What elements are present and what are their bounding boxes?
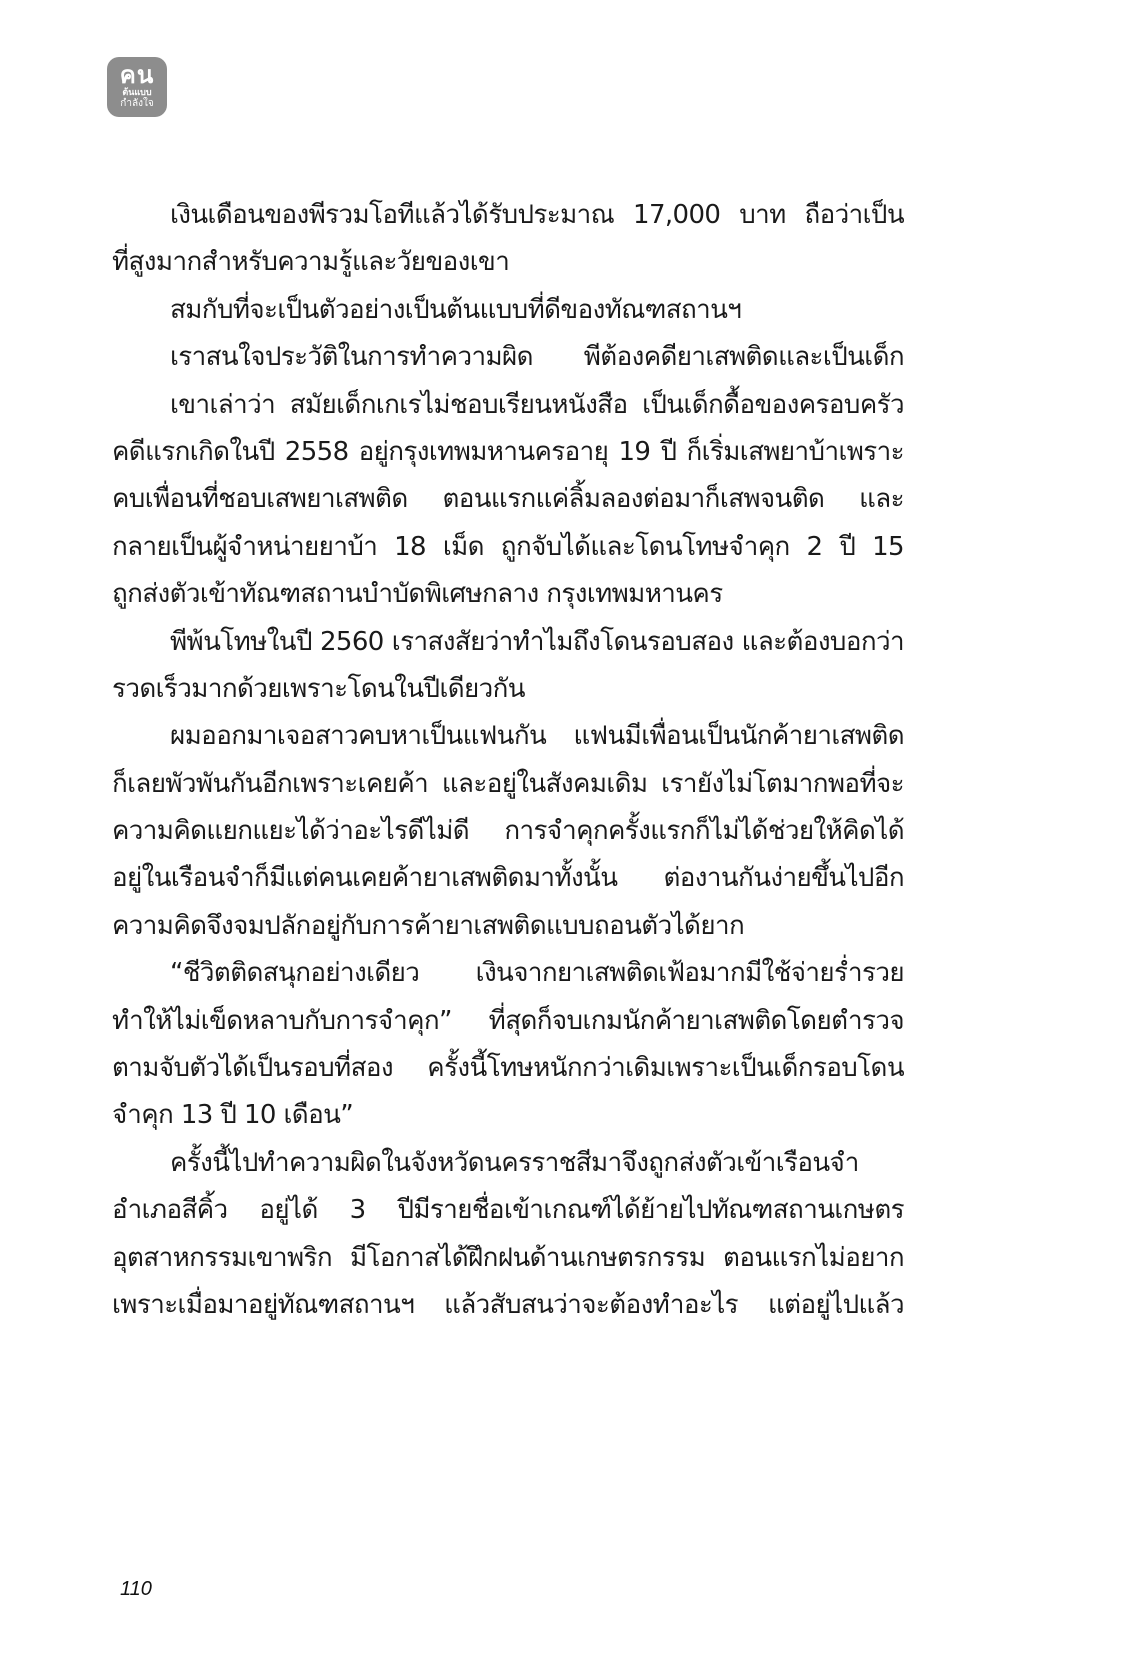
text-line: เพราะเมื่อมาอยู่ทัณฑสถานฯ แล้วสับสนว่าจะ… bbox=[112, 1282, 904, 1329]
text-line: สมกับที่จะเป็นตัวอย่างเป็นต้นแบบที่ดีของ… bbox=[112, 287, 904, 334]
logo-title: คน bbox=[107, 63, 167, 87]
text-line: อยู่ในเรือนจำก็มีแต่คนเคยค้ายาเสพติดมาทั… bbox=[112, 855, 904, 902]
text-line: ทำให้ไม่เข็ดหลาบกับการจำคุก” ที่สุดก็จบเ… bbox=[112, 998, 904, 1045]
text-line: เงินเดือนของพีรวมโอทีแล้วได้รับประมาณ 17… bbox=[112, 192, 904, 239]
text-line: อำเภอสีคิ้ว อยู่ได้ 3 ปีมีรายชื่อเข้าเกณ… bbox=[112, 1187, 904, 1234]
page-body-text: เงินเดือนของพีรวมโอทีแล้วได้รับประมาณ 17… bbox=[112, 192, 904, 1329]
text-line: ที่สูงมากสำหรับความรู้และวัยของเขา bbox=[112, 239, 904, 286]
text-line: ความคิดจึงจมปลักอยู่กับการค้ายาเสพติดแบบ… bbox=[112, 903, 904, 950]
page-number: 110 bbox=[120, 1578, 152, 1601]
text-line: ผมออกมาเจอสาวคบหาเป็นแฟนกัน แฟนมีเพื่อนเ… bbox=[112, 713, 904, 760]
text-line: ก็เลยพัวพันกันอีกเพราะเคยค้า และอยู่ในสั… bbox=[112, 761, 904, 808]
text-line: อุตสาหกรรมเขาพริก มีโอกาสได้ฝึกฝนด้านเกษ… bbox=[112, 1235, 904, 1282]
text-line: พีพ้นโทษในปี 2560 เราสงสัยว่าทำไมถึงโดนร… bbox=[112, 619, 904, 666]
text-line: คดีแรกเกิดในปี 2558 อยู่กรุงเทพมหานครอาย… bbox=[112, 429, 904, 476]
text-line: จำคุก 13 ปี 10 เดือน” bbox=[112, 1092, 904, 1139]
text-line: “ชีวิตติดสนุกอย่างเดียว เงินจากยาเสพติดเ… bbox=[112, 950, 904, 997]
text-line: เราสนใจประวัติในการทำความผิด พีต้องคดียา… bbox=[112, 334, 904, 381]
text-line: รวดเร็วมากด้วยเพราะโดนในปีเดียวกัน bbox=[112, 666, 904, 713]
text-line: ครั้งนี้ไปทำความผิดในจังหวัดนครราชสีมาจึ… bbox=[112, 1140, 904, 1187]
text-line: คบเพื่อนที่ชอบเสพยาเสพติด ตอนแรกแค่ลิ้มล… bbox=[112, 476, 904, 523]
logo-subtitle-2: กำลังใจ bbox=[107, 99, 167, 109]
logo-subtitle-1: ต้นแบบ bbox=[107, 89, 167, 98]
text-line: กลายเป็นผู้จำหน่ายยาบ้า 18 เม็ด ถูกจับได… bbox=[112, 524, 904, 571]
book-logo-badge: คน ต้นแบบ กำลังใจ bbox=[107, 57, 167, 117]
text-line: เขาเล่าว่า สมัยเด็กเกเรไม่ชอบเรียนหนังสื… bbox=[112, 382, 904, 429]
text-line: ตามจับตัวได้เป็นรอบที่สอง ครั้งนี้โทษหนั… bbox=[112, 1045, 904, 1092]
text-line: ความคิดแยกแยะได้ว่าอะไรดีไม่ดี การจำคุกค… bbox=[112, 808, 904, 855]
text-line: ถูกส่งตัวเข้าทัณฑสถานบำบัดพิเศษกลาง กรุง… bbox=[112, 571, 904, 618]
